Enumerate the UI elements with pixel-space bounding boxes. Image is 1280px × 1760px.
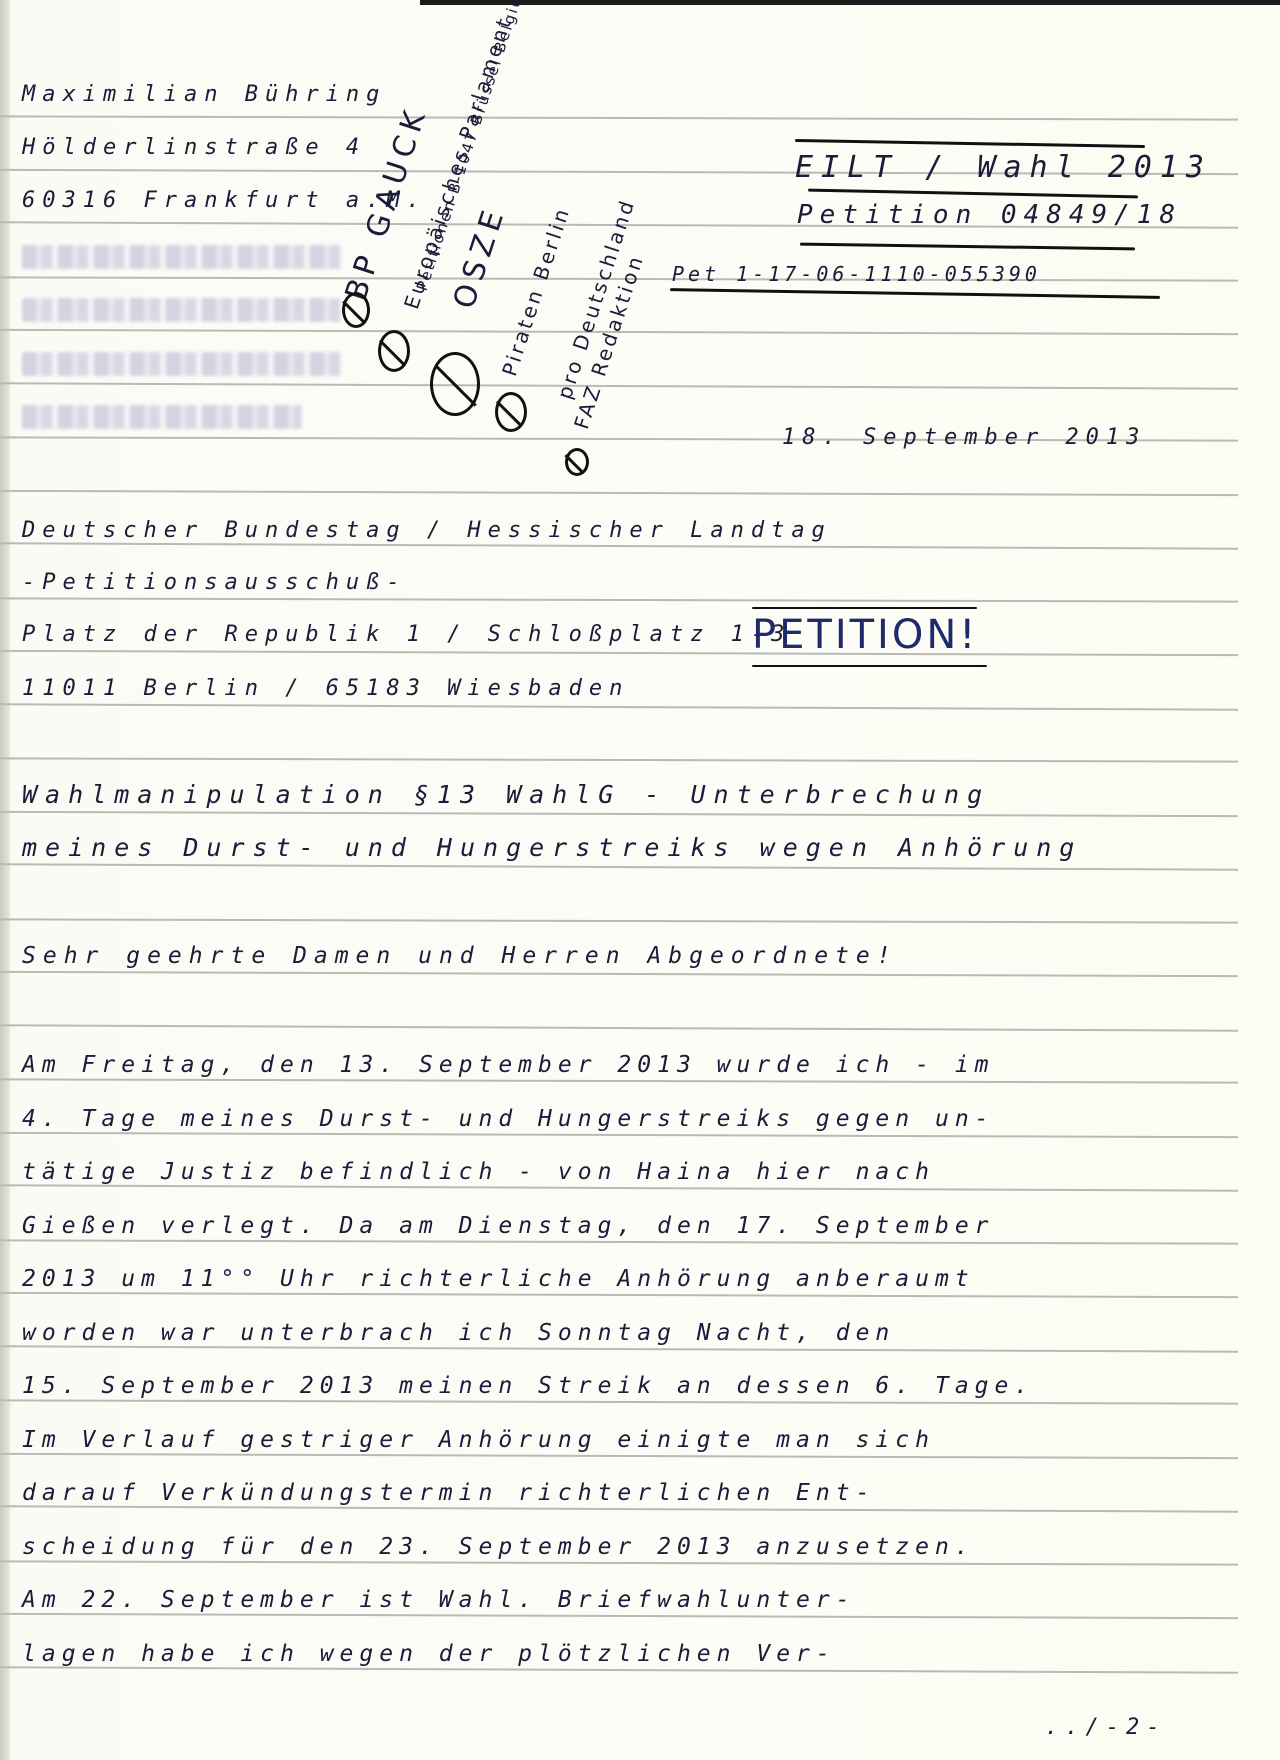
cc-piraten-berlin: Piraten Berlin: [497, 203, 574, 379]
ruled-line: [0, 1239, 1238, 1244]
cc-osze: OSZE: [447, 201, 513, 313]
ruled-line: [0, 918, 1238, 923]
sent-check-mark: [342, 292, 370, 328]
salutation: Sehr geehrte Damen und Herren Abgeordnet…: [22, 943, 898, 969]
page-top-shadow: [420, 0, 1280, 5]
body-line: Am Freitag, den 13. September 2013 wurde…: [22, 1052, 995, 1078]
ruled-line: [0, 1666, 1238, 1673]
sent-check-mark: [565, 448, 589, 476]
stamp-underline: [752, 665, 987, 667]
ruled-line: [0, 597, 1238, 602]
petition-stamp: PETITION!: [752, 612, 978, 658]
body-line: worden war unterbrach ich Sonntag Nacht,…: [22, 1320, 895, 1346]
ruled-line: [0, 1399, 1238, 1404]
ruled-line: [0, 757, 1238, 762]
sent-check-mark: [430, 352, 480, 416]
body-line: darauf Verkündungstermin richterlichen E…: [22, 1480, 875, 1506]
subject-line-1: Wahlmanipulation §13 WahlG - Unterbrechu…: [22, 780, 990, 809]
body-line: 15. September 2013 meinen Streik an dess…: [22, 1373, 1034, 1399]
body-line: tätige Justiz befindlich - von Haina hie…: [22, 1159, 935, 1185]
subject-line-2: meines Durst- und Hungerstreiks wegen An…: [22, 833, 1082, 862]
body-line: 4. Tage meines Durst- und Hungerstreiks …: [22, 1106, 995, 1132]
ruled-line: [0, 1560, 1238, 1565]
stamp-overline: [752, 607, 977, 609]
pet-reference-number: Pet 1-17-06-1110-055390: [672, 262, 1041, 286]
ruled-line: [0, 703, 1238, 710]
ruled-line: [0, 811, 1238, 817]
ruled-line: [0, 1078, 1238, 1083]
urgent-election-label: EILT / Wahl 2013: [795, 150, 1212, 185]
redacted-line: [22, 298, 342, 322]
recipient-line-2: -Petitionsausschuß-: [22, 570, 407, 595]
ruled-line: [0, 1453, 1238, 1459]
reference-underline: [670, 288, 1160, 299]
reference-underline: [808, 189, 1138, 199]
recipient-line-4: 11011 Berlin / 65183 Wiesbaden: [22, 676, 629, 701]
ruled-line: [0, 1024, 1238, 1031]
sender-street: Hölderlinstraße 4: [22, 135, 366, 160]
redacted-line: [22, 352, 342, 376]
ruled-line: [0, 1613, 1238, 1619]
body-line: Im Verlauf gestriger Anhörung einigte ma…: [22, 1427, 935, 1453]
ruled-line: [0, 115, 1238, 120]
scanned-letter-page: Maximilian Bühring Hölderlinstraße 4 603…: [0, 0, 1280, 1760]
ruled-line: [0, 1292, 1238, 1298]
sender-name: Maximilian Bühring: [22, 82, 386, 107]
ruled-line: [0, 1505, 1238, 1512]
letter-date: 18. September 2013: [782, 425, 1146, 450]
reference-underline: [800, 243, 1135, 251]
sent-check-mark: [495, 392, 527, 432]
sent-check-mark: [378, 330, 410, 372]
ruled-line: [0, 1184, 1238, 1191]
ruled-line: [0, 490, 1238, 496]
recipient-line-3: Platz der Republik 1 / Schloßplatz 1-3: [22, 622, 791, 647]
ruled-line: [0, 650, 1238, 656]
ruled-line: [0, 1345, 1238, 1352]
ruled-line: [0, 971, 1238, 977]
body-line: Gießen verlegt. Da am Dienstag, den 17. …: [22, 1213, 995, 1239]
body-line: scheidung für den 23. September 2013 anz…: [22, 1534, 975, 1560]
redacted-line: [22, 245, 342, 269]
reference-underline: [795, 139, 1145, 148]
redacted-line: [22, 405, 302, 429]
body-line: 2013 um 11°° Uhr richterliche Anhörung a…: [22, 1266, 975, 1292]
body-line: Am 22. September ist Wahl. Briefwahlunte…: [22, 1587, 856, 1613]
recipient-line-1: Deutscher Bundestag / Hessischer Landtag: [22, 518, 832, 543]
ruled-line: [0, 382, 1238, 389]
page-binding-edge: [0, 0, 10, 1760]
ruled-line: [0, 1132, 1238, 1138]
ruled-line: [0, 542, 1238, 549]
body-line: lagen habe ich wegen der plötzlichen Ver…: [22, 1641, 836, 1667]
petition-number: Petition 04849/18: [797, 200, 1182, 230]
page-continuation: ../-2-: [1045, 1715, 1166, 1740]
ruled-line: [0, 863, 1238, 870]
